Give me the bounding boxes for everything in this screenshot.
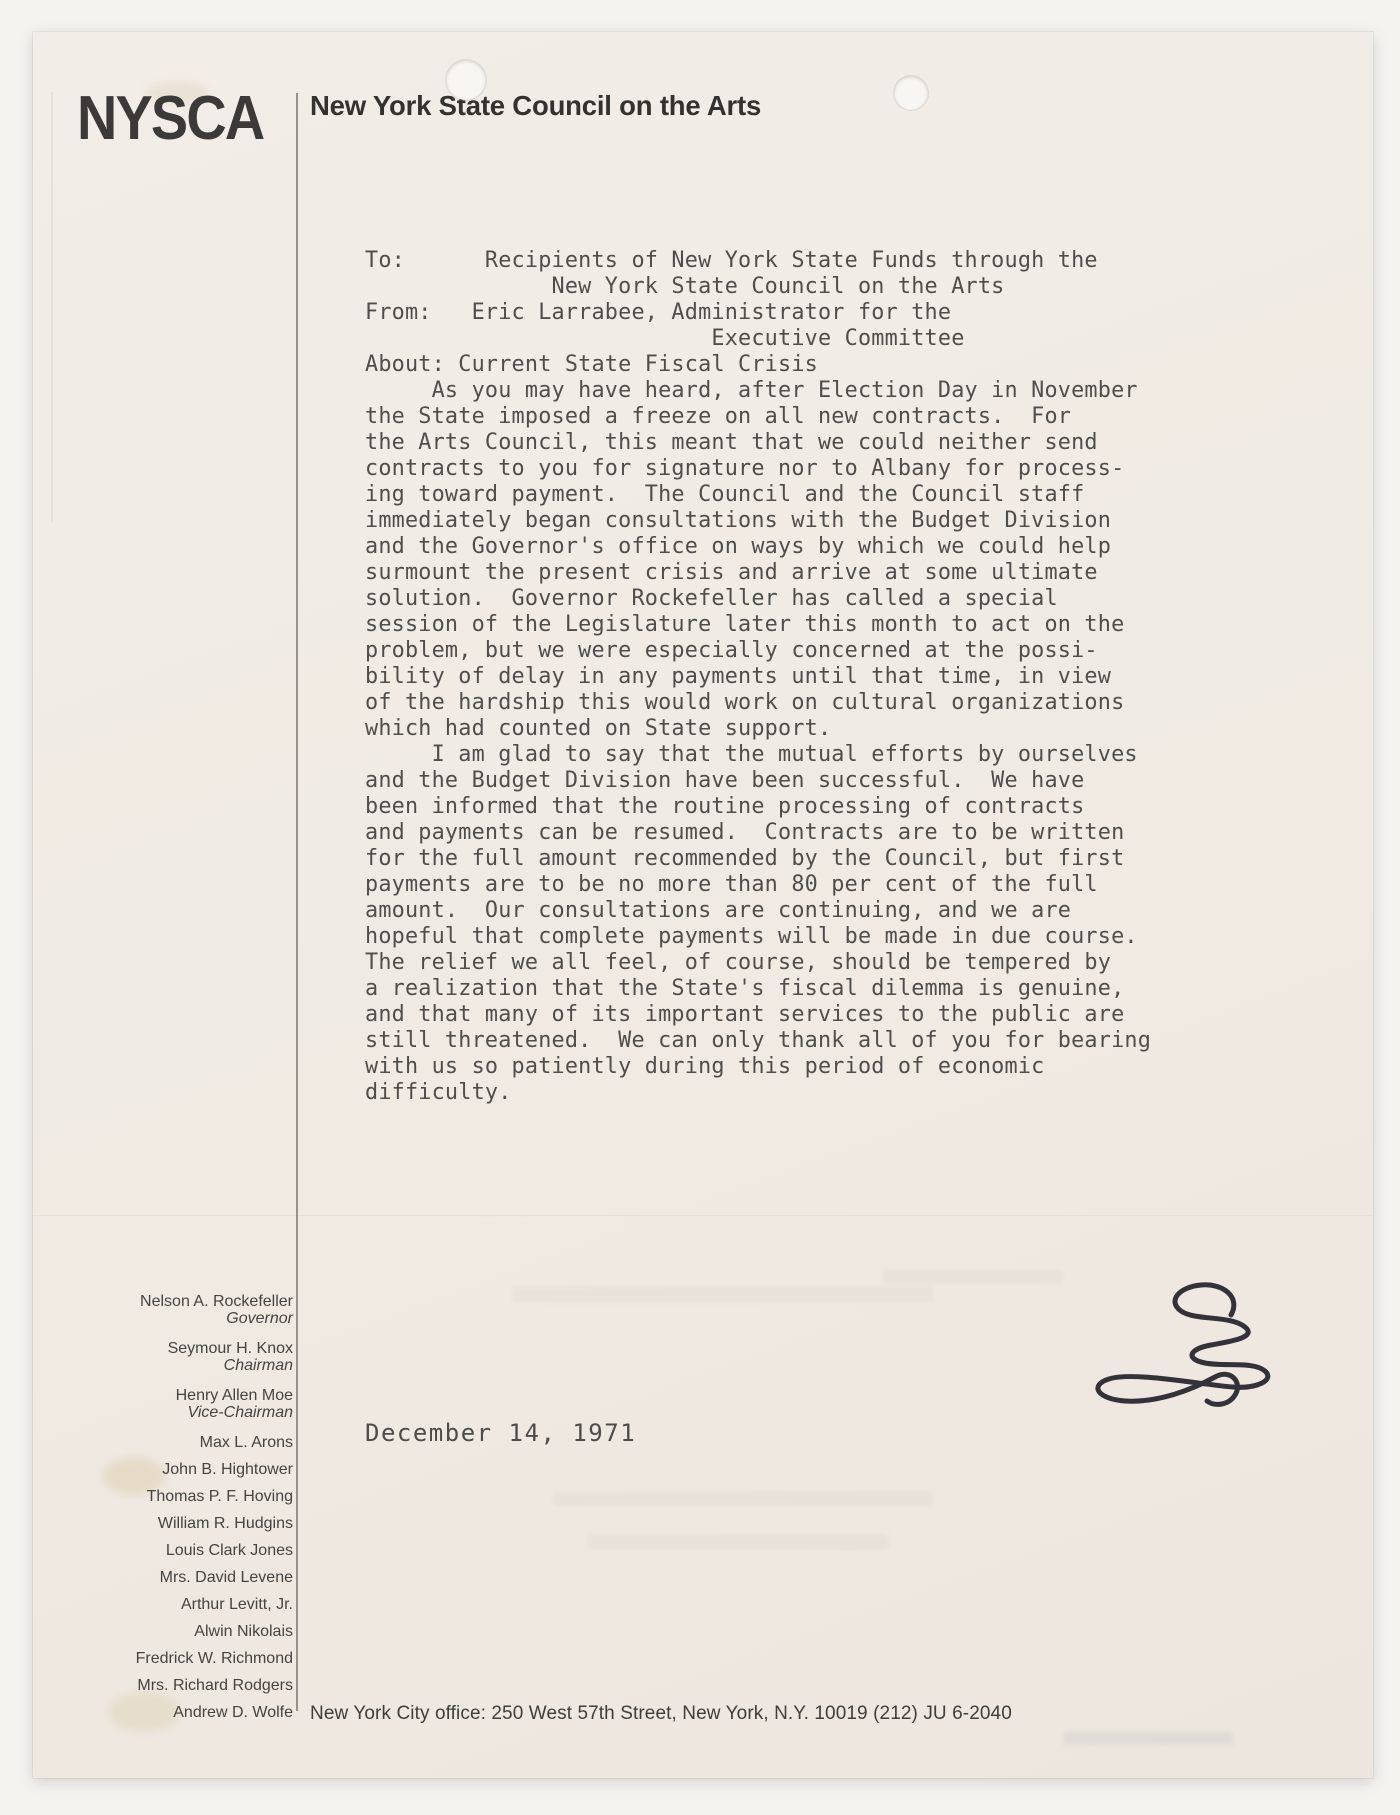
board-member-name: Henry Allen Moe [73, 1387, 293, 1404]
body-paragraph-1: As you may have heard, after Election Da… [365, 378, 1205, 742]
ink-bleedthrough [588, 1535, 888, 1549]
board-member-role: Chairman [73, 1357, 293, 1374]
letter-content: To: Recipients of New York State Funds t… [365, 248, 1205, 1106]
board-member-name: Alwin Nikolais [73, 1623, 293, 1640]
paper-fold-crease [33, 1215, 1373, 1217]
ink-bleedthrough [513, 1287, 933, 1302]
paper-edge-crease [51, 92, 53, 522]
memo-from-line: From: Eric Larrabee, Administrator for t… [365, 300, 1205, 352]
letter-paper: NYSCA New York State Council on the Arts… [33, 32, 1373, 1778]
punch-hole [446, 60, 486, 100]
memo-to-line: To: Recipients of New York State Funds t… [365, 248, 1205, 300]
board-member-name: Andrew D. Wolfe [73, 1704, 293, 1721]
ink-bleedthrough [1063, 1732, 1233, 1745]
letterhead-divider-line [296, 93, 298, 1711]
board-member-name: Mrs. David Levene [73, 1569, 293, 1586]
nysca-logo: NYSCA [77, 88, 263, 150]
board-member: Nelson A. RockefellerGovernor [73, 1293, 293, 1327]
ink-bleedthrough [883, 1270, 1063, 1284]
board-member: Henry Allen MoeVice-Chairman [73, 1387, 293, 1421]
board-member: Thomas P. F. Hoving [73, 1488, 293, 1505]
office-address-line: New York City office: 250 West 57th Stre… [310, 1703, 1012, 1725]
punch-hole [894, 76, 928, 110]
organization-name: New York State Council on the Arts [310, 90, 761, 122]
board-member-name: Arthur Levitt, Jr. [73, 1596, 293, 1613]
board-member-name: Louis Clark Jones [73, 1542, 293, 1559]
board-member-name: Max L. Arons [73, 1434, 293, 1451]
board-member-name: John B. Hightower [73, 1461, 293, 1478]
board-member: Andrew D. Wolfe [73, 1704, 293, 1721]
board-member: Louis Clark Jones [73, 1542, 293, 1559]
board-member: Fredrick W. Richmond [73, 1650, 293, 1667]
board-member: Alwin Nikolais [73, 1623, 293, 1640]
board-member-role: Governor [73, 1310, 293, 1327]
memo-about-line: About: Current State Fiscal Crisis [365, 352, 1205, 378]
board-member: Mrs. Richard Rodgers [73, 1677, 293, 1694]
board-member-name: Mrs. Richard Rodgers [73, 1677, 293, 1694]
board-member: William R. Hudgins [73, 1515, 293, 1532]
board-member-name: Seymour H. Knox [73, 1340, 293, 1357]
scanned-letter-page: NYSCA New York State Council on the Arts… [0, 0, 1400, 1815]
board-member: Max L. Arons [73, 1434, 293, 1451]
signature-scribble [1073, 1275, 1278, 1415]
board-member-name: Nelson A. Rockefeller [73, 1293, 293, 1310]
letter-date: December 14, 1971 [365, 1419, 636, 1447]
board-member: John B. Hightower [73, 1461, 293, 1478]
board-member-name: Thomas P. F. Hoving [73, 1488, 293, 1505]
board-member-role: Vice-Chairman [73, 1404, 293, 1421]
board-member-name: Fredrick W. Richmond [73, 1650, 293, 1667]
board-member: Mrs. David Levene [73, 1569, 293, 1586]
board-members-list: Nelson A. RockefellerGovernorSeymour H. … [73, 1293, 293, 1731]
ink-bleedthrough [553, 1492, 933, 1506]
body-paragraph-2: I am glad to say that the mutual efforts… [365, 742, 1205, 1106]
board-member: Seymour H. KnoxChairman [73, 1340, 293, 1374]
board-member: Arthur Levitt, Jr. [73, 1596, 293, 1613]
board-member-name: William R. Hudgins [73, 1515, 293, 1532]
